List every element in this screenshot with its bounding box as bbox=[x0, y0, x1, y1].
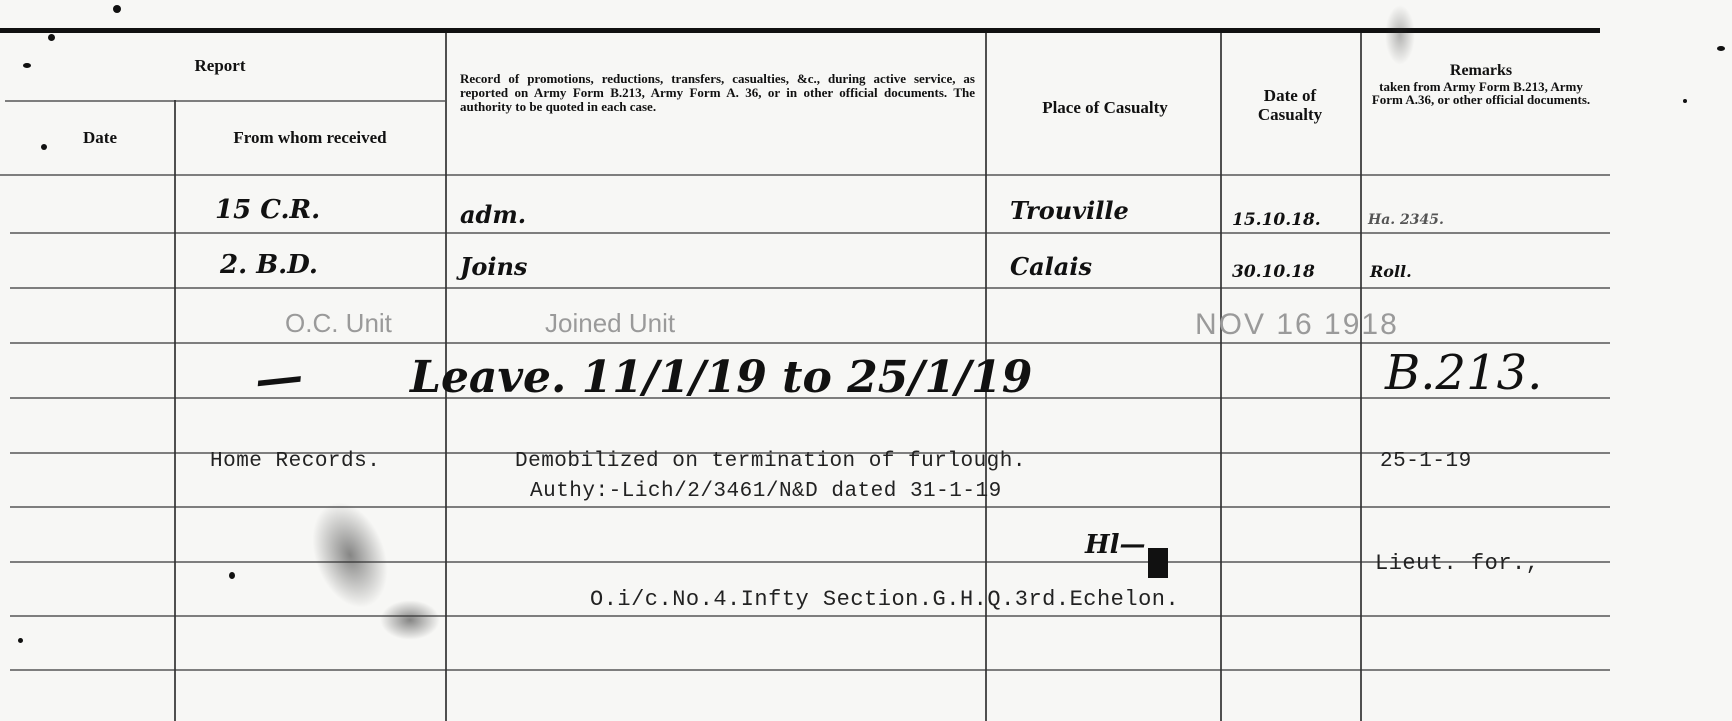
ink-speck bbox=[18, 638, 23, 643]
date-of-casualty-line2: Casualty bbox=[1225, 105, 1355, 124]
typed-authority-line: Authy:-Lich/2/3461/N&D dated 31-1-19 bbox=[530, 480, 1002, 503]
row-rule bbox=[10, 669, 1610, 671]
signature: Hl— bbox=[1085, 530, 1145, 560]
ink-speck bbox=[113, 5, 121, 13]
row-rule bbox=[10, 342, 1610, 344]
stamp-oc-unit: O.C. Unit bbox=[285, 308, 392, 339]
typed-signature-unit: O.i/c.No.4.Infty Section.G.H.Q.3rd.Echel… bbox=[590, 587, 1179, 612]
row-rule bbox=[10, 232, 1610, 234]
ink-blot bbox=[1148, 548, 1168, 578]
date-of-casualty-header: Date of Casualty bbox=[1225, 86, 1355, 124]
row1-remarks: Ha. 2345. bbox=[1368, 212, 1444, 228]
row1-date: 15.10.18. bbox=[1232, 210, 1321, 230]
dash-mark: — bbox=[252, 348, 306, 409]
header-bottom-rule bbox=[0, 174, 1610, 176]
col-divider-place bbox=[1220, 33, 1222, 721]
from-column-header: From whom received bbox=[180, 128, 440, 148]
row1-from: 15 C.R. bbox=[215, 195, 320, 225]
stamp-joined-unit: Joined Unit bbox=[545, 308, 675, 339]
typed-from-home-records: Home Records. bbox=[210, 450, 380, 473]
row1-record: adm. bbox=[460, 200, 526, 229]
col-divider-date bbox=[174, 100, 176, 721]
row-rule bbox=[10, 561, 1610, 563]
col-divider-date-casualty bbox=[1360, 33, 1362, 721]
report-subheader-rule bbox=[5, 100, 445, 102]
ink-speck bbox=[1717, 46, 1725, 51]
ink-speck bbox=[48, 34, 55, 41]
date-of-casualty-line1: Date of bbox=[1225, 86, 1355, 105]
row2-from: 2. B.D. bbox=[220, 250, 318, 280]
date-column-header: Date bbox=[40, 128, 160, 148]
row-rule bbox=[10, 615, 1610, 617]
row-rule bbox=[10, 506, 1610, 508]
place-column-header: Place of Casualty bbox=[995, 98, 1215, 118]
ink-speck bbox=[23, 63, 31, 68]
leave-entry: Leave. 11/1/19 to 25/1/19 bbox=[410, 352, 1032, 403]
typed-demob-date: 25-1-19 bbox=[1380, 450, 1472, 473]
ink-speck bbox=[41, 144, 47, 150]
row1-place: Trouville bbox=[1010, 196, 1129, 225]
record-column-header: Record of promotions, reductions, transf… bbox=[460, 72, 975, 114]
remarks-description: taken from Army Form B.213, Army Form A.… bbox=[1362, 80, 1600, 106]
ink-smudge bbox=[380, 600, 440, 640]
row2-place: Calais bbox=[1010, 252, 1092, 281]
typed-demobilized-entry: Demobilized on termination of furlough. bbox=[515, 450, 1026, 473]
report-group-header: Report bbox=[170, 56, 270, 76]
stamp-date: NOV 16 1918 bbox=[1195, 308, 1399, 342]
row2-record: Joins bbox=[460, 252, 527, 281]
typed-signature-title: Lieut. for., bbox=[1375, 551, 1539, 576]
form-reference: B.213. bbox=[1385, 345, 1542, 401]
remarks-column-header: Remarks taken from Army Form B.213, Army… bbox=[1362, 62, 1600, 106]
row2-remarks: Roll. bbox=[1370, 262, 1412, 281]
ink-smudge bbox=[1385, 5, 1415, 65]
ink-speck bbox=[1683, 99, 1687, 103]
row2-date: 30.10.18 bbox=[1232, 262, 1315, 282]
row-rule bbox=[10, 287, 1610, 289]
ink-speck bbox=[229, 572, 235, 579]
